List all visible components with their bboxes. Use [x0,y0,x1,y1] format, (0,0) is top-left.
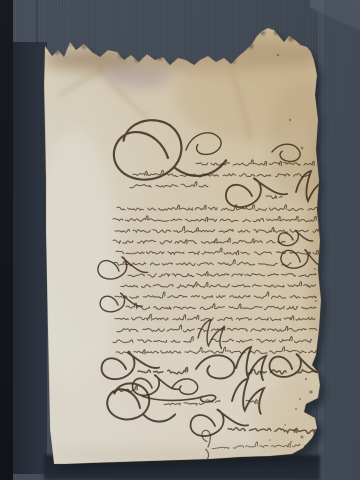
manuscript-paper-layer [0,0,360,480]
photo-of-manuscript [0,0,360,480]
